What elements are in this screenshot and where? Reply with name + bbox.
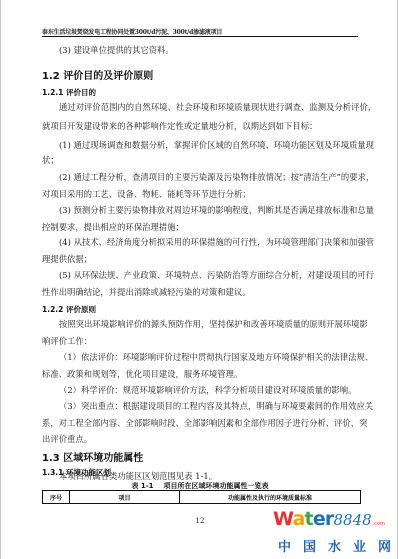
logo-letter-w: W <box>273 508 292 530</box>
document-page: 泰东生活垃圾焚烧发电工程协同处置300t/d污泥、300t/d渗滤液项目 (3)… <box>0 0 398 559</box>
logo-letter-a: a <box>292 508 304 530</box>
logo-number: 8848 <box>333 511 371 529</box>
paragraph-line: 就项目开发建设带来的各种影响作定性或定量地分析，以期达到如下目标： <box>42 121 317 131</box>
principle-item-3-cont: 系，对工程全部内容、全部影响时段、全部影响因素和全部作用因子进行分析、评价，突 <box>42 418 368 428</box>
column-header-item: 项目 <box>70 491 180 504</box>
logo-chinese-name: 中国水业网 <box>273 536 389 555</box>
principle-item-1-cont: 标准、政策和规划等，优化项目建设，服务环境管理。 <box>42 369 242 379</box>
goal-item-4-cont: 理提供依据； <box>42 254 92 264</box>
logo-water-text: Water <box>273 508 333 530</box>
list-item-3: (3) 建设单位提供的其它资料。 <box>59 45 174 55</box>
function-zoning-table: 序号 项目 功能属性及执行的环境质量标准 <box>42 490 361 504</box>
logo-wordmark: Water8848.com <box>273 510 389 533</box>
principle-item-2: （2）科学评价：规范环境影响评价方法，科学分析项目建设对环境质量的影响。 <box>59 385 356 395</box>
column-header-index: 序号 <box>43 491 70 504</box>
table-caption-title: 项目所在区域环境功能属性一览表 <box>164 482 269 490</box>
paragraph-line: 按照突出环境影响评价的源头预防作用，坚持保护和改善环境质量的原则开展环境影 <box>59 319 368 329</box>
watermark-logo: Water8848.com 中国水业网 <box>273 510 389 555</box>
logo-letter-t: t <box>305 508 313 530</box>
goal-item-4: (4) 从技术、经济角度分析拟采用的环保措施的可行性，为环境管理部门决策和加强管 <box>59 237 374 247</box>
running-header: 泰东生活垃圾焚烧发电工程协同处置300t/d污泥、300t/d渗滤液项目 <box>42 27 357 36</box>
goal-item-5-cont: 性作出明确结论，并提出消除或减轻污染的对策和建议。 <box>42 287 251 297</box>
goal-item-1: (1) 通过现场调查和数据分析，掌握评价区域的自然环境、环境功能区划及环境质量现 <box>59 140 374 150</box>
principle-item-1: （1）依法评价：环境影响评价过程中贯彻执行国家及地方环境保护相关的法律法规、 <box>59 352 373 362</box>
section-heading-1-2: 1.2 评价目的及评价原则 <box>42 67 153 82</box>
header-rule <box>42 36 358 37</box>
goal-item-5: (5) 从环保法规、产业政策、环境特点、污染防治等方面综合分析，对建设项目的可行 <box>59 270 374 280</box>
goal-item-3-cont: 控制要求，提出相应的环保治理措施； <box>42 222 184 232</box>
principle-item-3-cont: 出评价重点。 <box>42 434 92 444</box>
paragraph-line-intro-table: 本项目所属各类功能区区划范围见表 1-1。 <box>59 471 217 481</box>
goal-item-2-cont: 对项目采用的工艺、设备、物耗、能耗等环节进行分析； <box>42 189 251 199</box>
paragraph-line: 响评价工作： <box>42 336 92 346</box>
paragraph-line: 通过对评价范围内的自然环境、社会环境和环境质量现状进行调查、监测及分析评价， <box>59 102 376 112</box>
principle-item-3: （3）突出重点：根据建设项目的工程内容及其特点，明确与环境要素间的作用效应关 <box>59 401 373 411</box>
subsection-heading-1-2-2: 1.2.2 评价原则 <box>42 304 96 315</box>
logo-letter-e: e <box>313 508 325 530</box>
goal-item-1-cont: 状； <box>42 155 59 165</box>
goal-item-2: (2) 通过工程分析，查清项目的主要污染源及污染物排放情况；按“清洁生产”的要求… <box>59 172 374 182</box>
section-heading-1-3: 1.3 区域环境功能属性 <box>42 449 143 464</box>
goal-item-3: (3) 预测分析主要污染物排放对周边环境的影响程度，判断其是否满足排放标准和总量 <box>59 205 374 215</box>
subsection-heading-1-2-1: 1.2.1 评价目的 <box>42 87 96 98</box>
column-header-standard: 功能属性及执行的环境质量标准 <box>180 491 361 504</box>
table-header-row: 序号 项目 功能属性及执行的环境质量标准 <box>43 491 361 504</box>
logo-domain-suffix: .com <box>373 521 385 527</box>
table-caption-number: 表 1-1 <box>131 482 153 490</box>
